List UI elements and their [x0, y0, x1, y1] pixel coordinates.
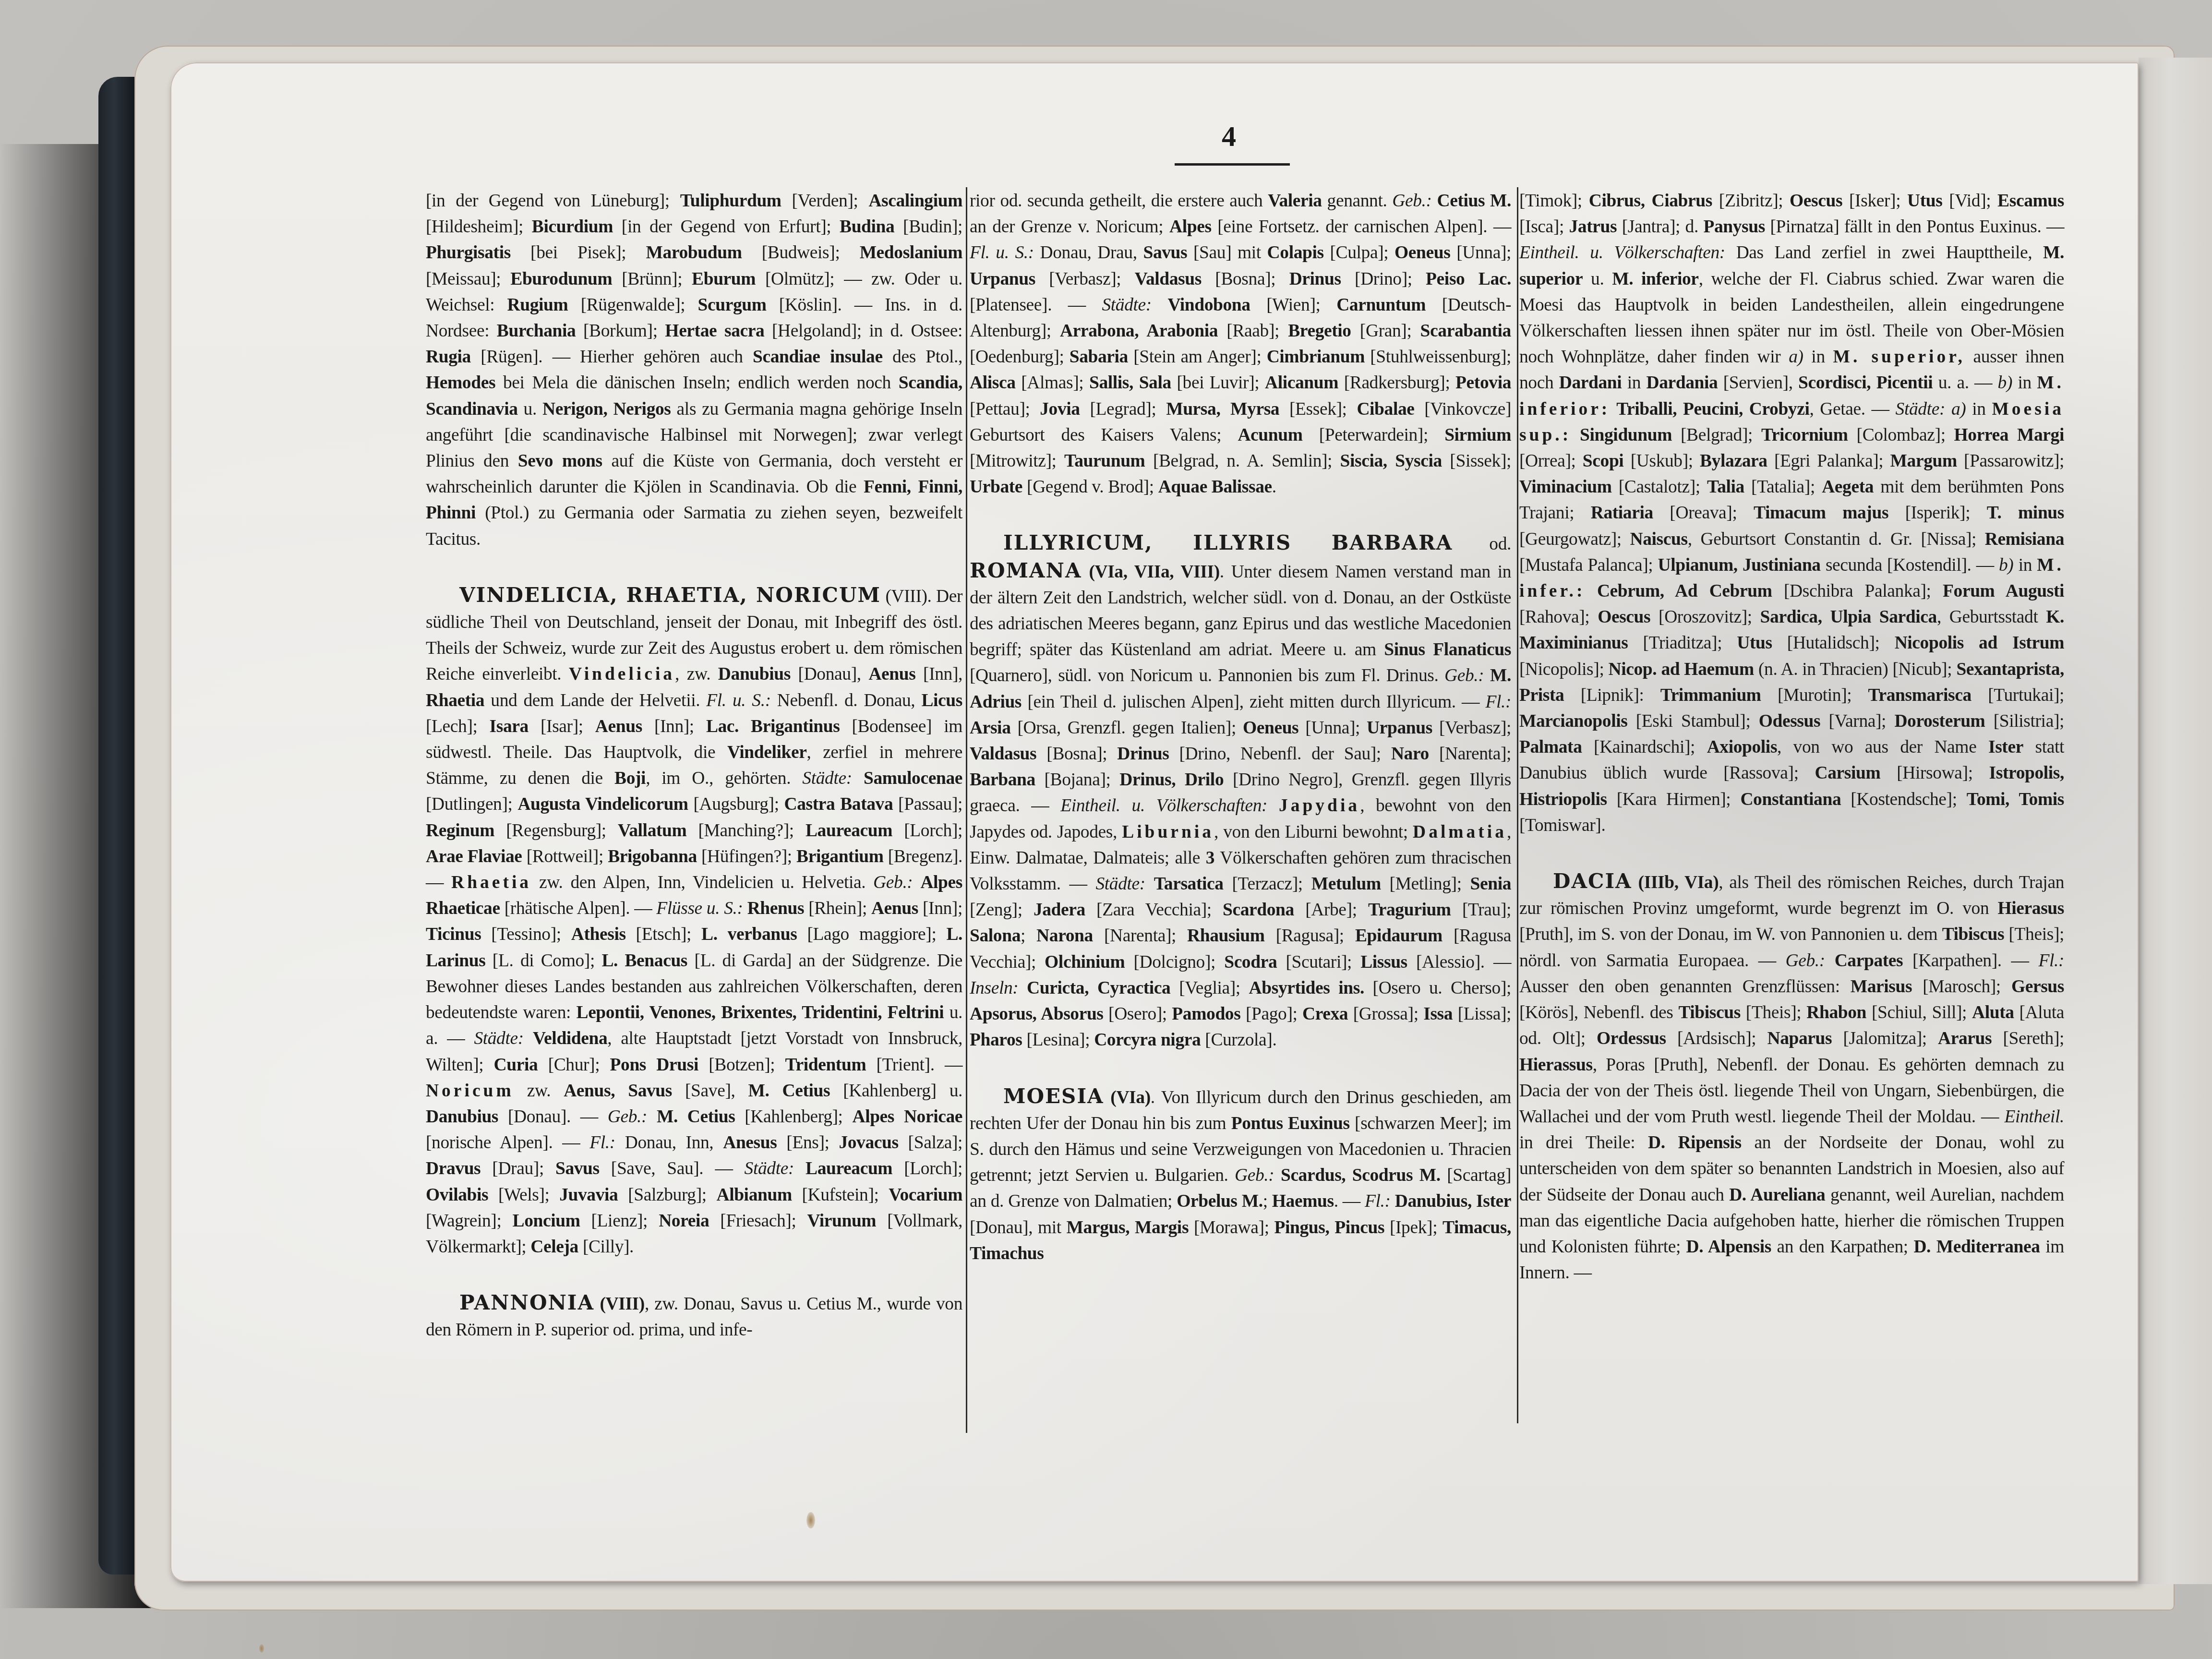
- place-name: Scandiae insulae: [753, 347, 883, 367]
- place-name: Sallis, Sala: [1089, 373, 1171, 393]
- place-name: Ister: [1988, 737, 2023, 757]
- text-run: [Sau] mit: [1187, 243, 1267, 263]
- place-name: Absyrtides ins.: [1249, 978, 1364, 998]
- text-run: [1825, 951, 1835, 971]
- text-run: [Mustafa Palanca];: [1519, 555, 1658, 575]
- text-run: [eine Fortsetz. der carnischen Alpen]. —: [1212, 217, 1511, 237]
- place-name: (VIa): [1104, 1088, 1151, 1107]
- place-name: Danubius, Ister: [1395, 1191, 1511, 1211]
- text-run: Nebenfl. d. Donau,: [771, 691, 922, 710]
- section-heading: PANNONIA: [459, 1291, 594, 1314]
- place-name: Utus: [1907, 191, 1942, 211]
- paper-stain: [806, 1512, 815, 1528]
- text-run: [Essek];: [1279, 399, 1357, 419]
- text-run: ;: [1263, 1191, 1272, 1211]
- place-name: Vocarium: [889, 1185, 962, 1205]
- place-name: Cibalae: [1357, 399, 1414, 419]
- place-name: Pontus Euxinus: [1231, 1114, 1350, 1133]
- place-name: Sinus Flanaticus: [1384, 640, 1511, 660]
- text-run: [Drino];: [1341, 269, 1426, 289]
- place-name: Scardus, Scodrus M.: [1281, 1166, 1441, 1185]
- text-run: .: [1272, 477, 1276, 497]
- text-run: [Veglia];: [1170, 978, 1249, 998]
- text-run: [Brünn];: [612, 269, 692, 289]
- place-name: Ovilabis: [426, 1185, 488, 1205]
- text-run: u. a. —: [1933, 373, 1997, 393]
- place-name: Juvavia: [559, 1185, 618, 1205]
- text-run: [Varna];: [1820, 711, 1894, 731]
- text-run: [Hildesheim];: [426, 217, 532, 237]
- place-name: D. Aureliana: [1729, 1185, 1825, 1205]
- text-run: [Sissek];: [1442, 451, 1511, 471]
- text-run: [Tessino];: [481, 925, 571, 944]
- place-name: Scardona: [1223, 900, 1294, 920]
- text-run: Ausser den oben genannten Grenzflüssen:: [1519, 977, 1851, 997]
- place-name: Licus: [921, 691, 962, 710]
- text-run: , zw.: [675, 664, 718, 684]
- place-name: Scopi: [1583, 451, 1624, 471]
- place-name: Dravus: [426, 1159, 481, 1178]
- place-name: Aluta: [1972, 1003, 2014, 1022]
- text-run: [Lago maggiore];: [797, 925, 946, 944]
- text-run: in: [2013, 555, 2037, 575]
- place-name: Gersus: [2011, 977, 2064, 997]
- place-name: Timacum majus: [1754, 503, 1888, 523]
- place-name: Bicurdium: [532, 217, 613, 237]
- place-name: (IIIb, VIa): [1632, 873, 1719, 892]
- text-run: [Donau]. —: [498, 1107, 608, 1127]
- text-run: [Drau];: [481, 1159, 555, 1178]
- text-run: [Etsch];: [626, 925, 701, 944]
- place-name: Pingus, Pincus: [1274, 1218, 1384, 1238]
- place-name: Tuliphurdum: [680, 191, 781, 211]
- place-name: Budina: [840, 217, 894, 237]
- text-run: [Culpa];: [1324, 243, 1395, 263]
- text-run: [Pago];: [1240, 1004, 1302, 1024]
- text-run: [Pettau];: [970, 399, 1040, 419]
- text-run: [L. di Como];: [485, 951, 601, 971]
- place-name: Tragurium: [1368, 900, 1451, 920]
- text-run: [Unna];: [1450, 243, 1511, 263]
- text-run: [Dolcigno];: [1125, 952, 1224, 972]
- place-name: Orbelus M.: [1177, 1191, 1263, 1211]
- text-run: [Peterwardein];: [1303, 425, 1445, 445]
- text-run: [Lissa];: [1453, 1004, 1511, 1024]
- text-run: (n. A. in Thracien) [Nicub];: [1754, 660, 1957, 679]
- text-run: [Zeng];: [970, 900, 1034, 920]
- text-run: [Stein am Anger];: [1128, 347, 1267, 367]
- place-name: Ascalingium: [868, 191, 962, 211]
- text-run: [in der Gegend von Erfurt];: [613, 217, 840, 237]
- text-run: [Almas];: [1016, 373, 1089, 393]
- region-name: Noricum: [426, 1081, 514, 1101]
- place-name: Tridentum: [785, 1055, 866, 1075]
- place-name: Tibiscus: [1942, 925, 2005, 944]
- place-name: Peiso Lac.: [1426, 269, 1511, 289]
- text-run: des Ptol.,: [883, 347, 962, 367]
- place-name: Aquae Balissae: [1158, 477, 1272, 497]
- place-name: Margus, Margis: [1067, 1218, 1189, 1238]
- place-name: Forum Augusti: [1943, 581, 2064, 601]
- column-divider: [1517, 187, 1518, 1423]
- text-run: [913, 873, 920, 892]
- text-run: [1274, 1166, 1281, 1185]
- place-name: Oescus: [1598, 607, 1650, 627]
- place-name: Scordisci, Picentii: [1798, 373, 1933, 393]
- category-label: Fl.:: [1365, 1191, 1391, 1211]
- text-run: [Borkum];: [576, 321, 665, 341]
- text-run: [Silistria];: [1985, 711, 2064, 731]
- text-run: [Marosch];: [1912, 977, 2011, 997]
- text-run: [Isperik];: [1888, 503, 1987, 523]
- place-name: (VIII): [594, 1294, 645, 1314]
- place-name: Valdasus: [970, 744, 1036, 764]
- place-name: Issa: [1423, 1004, 1453, 1024]
- category-label: Städte:: [1102, 295, 1151, 315]
- place-name: Laureacum: [805, 1159, 892, 1178]
- text-run: [Chur];: [538, 1055, 610, 1075]
- place-name: Hertae sacra: [665, 321, 764, 341]
- place-name: Axiopolis: [1707, 737, 1777, 757]
- category-label: Geb.:: [1786, 951, 1825, 971]
- text-run: [Cilly].: [578, 1237, 634, 1257]
- text-run: [Nicopolis];: [1519, 660, 1609, 679]
- text-run: [Platensee]. —: [970, 295, 1102, 315]
- place-name: Olchinium: [1045, 952, 1125, 972]
- text-run: [Lesina];: [1022, 1030, 1094, 1050]
- category-label: a): [1789, 347, 1803, 367]
- category-label: Städte:: [745, 1159, 794, 1178]
- place-name: Curia: [494, 1055, 538, 1075]
- text-run: [Oreava];: [1653, 503, 1754, 523]
- text-run: [Manching?];: [686, 821, 805, 841]
- place-name: Alpes: [1169, 217, 1212, 237]
- text-run: u.: [518, 399, 543, 419]
- place-name: Danubius: [718, 664, 791, 684]
- place-name: Urpanus: [1367, 718, 1432, 738]
- place-name: Sabaria: [1070, 347, 1128, 367]
- text-run: [Dschibra Palanka];: [1772, 581, 1943, 601]
- text-run: [in der Gegend von Lüneburg];: [426, 191, 680, 211]
- place-name: Rhaetia: [426, 691, 484, 710]
- text-run: [Botzen];: [698, 1055, 785, 1075]
- place-name: Savus: [1143, 243, 1187, 263]
- text-run: [Theis];: [1741, 1003, 1806, 1022]
- text-run: [Bojana];: [1035, 770, 1119, 790]
- category-label: Eintheil. u. Völkerschaften:: [1519, 243, 1725, 263]
- text-run: [Budin];: [894, 217, 962, 237]
- text-run: [Helgoland]; in d. Ostsee:: [764, 321, 962, 341]
- text-run: [Grossa];: [1348, 1004, 1423, 1024]
- place-name: Dardani: [1559, 373, 1622, 393]
- place-name: Talia: [1707, 477, 1744, 497]
- place-name: Vallatum: [618, 821, 686, 841]
- place-name: Aenus, Savus: [564, 1081, 672, 1101]
- text-run: [Vid];: [1942, 191, 1997, 211]
- text-run: [1018, 978, 1027, 998]
- text-run: in drei Theile:: [1519, 1133, 1648, 1153]
- region-name: Vindelicia: [569, 664, 675, 684]
- place-name: Sardica, Ulpia Sardica: [1760, 607, 1937, 627]
- place-name: Haemus: [1272, 1191, 1334, 1211]
- place-name: D. Ripensis: [1648, 1133, 1742, 1153]
- text-run: [Donau], mit: [970, 1218, 1067, 1238]
- text-run: [Kufstein];: [792, 1185, 889, 1205]
- region-name: Dalmatia: [1413, 822, 1507, 842]
- category-label: Städte:: [1896, 399, 1945, 419]
- place-name: Valdasus: [1135, 269, 1202, 289]
- text-run: [Isca];: [1519, 217, 1569, 237]
- text-run: in: [1966, 399, 1992, 419]
- place-name: Celeja: [530, 1237, 578, 1257]
- text-run: [Kahlenberg] u.: [830, 1081, 962, 1101]
- text-run: [1152, 295, 1168, 315]
- text-run: [Orrea];: [1519, 451, 1583, 471]
- text-run: in: [2012, 373, 2037, 393]
- text-run: [Jantra]; d.: [1617, 217, 1703, 237]
- place-name: Sevo mons: [518, 451, 602, 471]
- text-run: [bei Pisek];: [511, 243, 646, 263]
- place-name: Curicta, Cyractica: [1027, 978, 1170, 998]
- place-name: Transmarisca: [1868, 685, 1972, 705]
- text-run: [Metling];: [1381, 874, 1470, 894]
- text-run: [Pruth], im S. von der Donau, im W. von …: [1519, 925, 1942, 944]
- text-run: , von wo aus der Name: [1777, 737, 1988, 757]
- text-run: , von den Liburni bewohnt;: [1214, 822, 1413, 842]
- text-run: [Oedenburg];: [970, 347, 1070, 367]
- place-name: Urpanus: [970, 269, 1035, 289]
- text-run: [Hirsowa];: [1880, 763, 1989, 783]
- place-name: Senia: [1470, 874, 1511, 894]
- category-label: Städte:: [474, 1029, 523, 1048]
- place-name: Narona: [1036, 926, 1093, 946]
- text-run: [Verbasz];: [1432, 718, 1511, 738]
- section-heading: DACIA: [1553, 869, 1632, 893]
- text-run: [bei Luvir];: [1171, 373, 1265, 393]
- place-name: Laureacum: [805, 821, 892, 841]
- section-heading: VINDELICIA, RHAETIA, NORICUM: [459, 583, 881, 607]
- text-run: an den Karpathen;: [1771, 1237, 1913, 1257]
- place-name: Nicopolis ad Istrum: [1895, 633, 2064, 653]
- text-run: [Sereth];: [1992, 1029, 2064, 1048]
- text-run: [Schiul, Sill];: [1866, 1003, 1972, 1022]
- text-run: [Gegend v. Brod];: [1022, 477, 1158, 497]
- place-name: Cetius M.: [1437, 191, 1511, 211]
- place-name: Hemodes: [426, 373, 495, 393]
- category-label: Fl. u. S.:: [706, 691, 770, 710]
- text-run: [Terzacz];: [1224, 874, 1311, 894]
- text-run: [norische Alpen]. —: [426, 1133, 589, 1153]
- category-label: b): [1999, 555, 2013, 575]
- text-run: [Drino, Nebenfl. der Sau];: [1169, 744, 1391, 764]
- continued-paragraph: rior od. secunda getheilt, die erstere a…: [970, 188, 1511, 500]
- place-name: Rhausium: [1187, 926, 1264, 946]
- place-name: Bylazara: [1700, 451, 1767, 471]
- place-name: Siscia, Syscia: [1340, 451, 1442, 471]
- text-run: , Getae. —: [1809, 399, 1895, 419]
- text-run: [Kara Hirmen];: [1607, 790, 1741, 809]
- place-name: Pons Drusi: [610, 1055, 698, 1075]
- place-name: 3: [1206, 848, 1214, 868]
- place-name: Arae Flaviae: [426, 847, 522, 866]
- place-name: Samulocenae: [864, 769, 962, 788]
- text-run: [Pirnatza] fällt in den Pontus Euxinus. …: [1765, 217, 2064, 237]
- text-run: od.: [1453, 534, 1511, 554]
- place-name: D. Mediterranea: [1913, 1237, 2040, 1257]
- place-name: Trimmanium: [1660, 685, 1761, 705]
- place-name: Naparus: [1767, 1029, 1832, 1048]
- text-run: u.: [1583, 269, 1612, 289]
- text-run: [Castalotz];: [1612, 477, 1707, 497]
- text-run: [Mitrowitz];: [970, 451, 1064, 471]
- text-run: [Salzburg];: [618, 1185, 716, 1205]
- place-name: Albianum: [716, 1185, 792, 1205]
- place-name: Escamus: [1997, 191, 2064, 211]
- text-run: [Dutlingen];: [426, 794, 517, 814]
- text-run: [Legrad];: [1080, 399, 1166, 419]
- text-run: [Turtukai];: [1972, 685, 2064, 705]
- place-name: Noreia: [659, 1211, 709, 1231]
- place-name: Phurgisatis: [426, 243, 511, 263]
- text-run: [Hüfingen?];: [697, 847, 796, 866]
- text-run: [Inn],: [915, 664, 962, 684]
- column-divider: [966, 187, 967, 1433]
- text-run: [Karpathen]. —: [1903, 951, 2038, 971]
- text-run: [Rhein];: [804, 899, 871, 918]
- text-run: [Lorch];: [892, 1159, 962, 1178]
- category-label: Geb.:: [873, 873, 913, 892]
- text-run: , Geburtsstadt: [1937, 607, 2046, 627]
- region-name: M. superior,: [1833, 347, 1965, 367]
- section-heading: ILLYRICUM, ILLYRIS BARBARA: [1003, 531, 1453, 554]
- place-name: Salona: [970, 926, 1021, 946]
- region-name: Rhaetia: [451, 873, 531, 892]
- place-name: Scodra: [1224, 952, 1277, 972]
- text-run: [Bosna];: [1202, 269, 1289, 289]
- text-run: [Isar];: [529, 717, 595, 736]
- place-name: Marcianopolis: [1519, 711, 1627, 731]
- place-name: Alpes Noricae: [852, 1107, 962, 1127]
- text-run: [Eski Stambul];: [1627, 711, 1758, 731]
- text-run: [Servien],: [1718, 373, 1798, 393]
- text-run: , im O., gehörten.: [646, 769, 802, 788]
- place-name: T. minus: [1987, 503, 2064, 523]
- place-name: Ulpianum, Justiniana: [1658, 555, 1821, 575]
- text-run: [Rügenwalde];: [568, 295, 697, 315]
- text-run: [Trient]. —: [866, 1055, 962, 1075]
- section-paragraph: MOESIA (VIa). Von Illyricum durch den Dr…: [970, 1083, 1511, 1267]
- text-run: [Arbe];: [1294, 900, 1368, 920]
- text-run: [1432, 191, 1437, 211]
- text-run: Das Land zerfiel in zwei Haupttheile,: [1725, 243, 2043, 263]
- text-run: [Inn];: [642, 717, 706, 736]
- place-name: Carsium: [1815, 763, 1881, 783]
- place-name: Eburum: [692, 269, 756, 289]
- place-name: Acunum: [1238, 425, 1302, 445]
- text-run: [Rügen]. — Hierher gehören auch: [471, 347, 753, 367]
- text-run: [Uskub];: [1623, 451, 1700, 471]
- category-label: Städte:: [802, 769, 852, 788]
- place-name: Palmata: [1519, 737, 1582, 757]
- text-column-right: [Timok]; Cibrus, Ciabrus [Zibritz]; Oesc…: [1519, 188, 2064, 1286]
- place-name: Barbana: [970, 770, 1035, 790]
- place-name: Rugium: [507, 295, 568, 315]
- place-name: Cibrus, Ciabrus: [1589, 191, 1712, 211]
- place-name: Aenus: [595, 717, 642, 736]
- place-name: Drinus: [1289, 269, 1341, 289]
- place-name: Vindobona: [1167, 295, 1250, 315]
- place-name: Margum: [1890, 451, 1957, 471]
- place-name: (VIa, VIIa, VIII): [1082, 562, 1220, 582]
- category-label: Fl.:: [1485, 692, 1511, 712]
- place-name: M. Cetius: [657, 1107, 735, 1127]
- text-run: [Ardsisch];: [1666, 1029, 1767, 1048]
- category-label: Geb.:: [1392, 191, 1431, 211]
- place-name: Taurunum: [1064, 451, 1145, 471]
- section-heading: ROMANA: [970, 559, 1082, 582]
- text-run: [Regensburg];: [494, 821, 618, 841]
- text-run: [Belgrad];: [1672, 425, 1761, 445]
- place-name: Loncium: [513, 1211, 580, 1231]
- place-name: Apsorus, Absorus: [970, 1004, 1104, 1024]
- header-rule: [1175, 163, 1290, 166]
- text-run: [1585, 581, 1597, 601]
- text-run: [Curzola].: [1201, 1030, 1276, 1050]
- place-name: Tricornium: [1761, 425, 1848, 445]
- text-run: [Osero u. Cherso];: [1364, 978, 1511, 998]
- text-run: [Zibritz];: [1712, 191, 1790, 211]
- section-paragraph: DACIA (IIIb, VIa), als Theil des römisch…: [1519, 868, 2064, 1286]
- text-run: [647, 1107, 657, 1127]
- place-name: Lepontii, Venones, Brixentes, Tridentini…: [577, 1003, 944, 1022]
- text-run: [Kainardschi];: [1582, 737, 1707, 757]
- category-label: Geb.:: [608, 1107, 647, 1127]
- place-name: Tarsatica: [1154, 874, 1224, 894]
- place-name: Pharos: [970, 1030, 1022, 1050]
- place-name: Burchania: [497, 321, 576, 341]
- place-name: Lac. Brigantinus: [706, 717, 840, 736]
- place-name: Sirmium: [1444, 425, 1511, 445]
- text-run: [Hutalidsch];: [1772, 633, 1895, 653]
- text-run: [Triaditza];: [1628, 633, 1737, 653]
- section-paragraph: ILLYRICUM, ILLYRIS BARBARA od. ROMANA (V…: [970, 530, 1511, 1053]
- place-name: Ordessus: [1597, 1029, 1666, 1048]
- place-name: Colapis: [1267, 243, 1324, 263]
- place-name: Carnuntum: [1336, 295, 1426, 315]
- text-run: [Raab];: [1218, 321, 1288, 341]
- place-name: Isara: [490, 717, 529, 736]
- section-heading: MOESIA: [1003, 1084, 1104, 1108]
- text-run: [Gran];: [1351, 321, 1420, 341]
- place-name: Mursa, Myrsa: [1166, 399, 1279, 419]
- place-name: Drinus, Drilo: [1119, 770, 1224, 790]
- text-run: ;: [1021, 926, 1036, 946]
- place-name: Ticinus: [426, 925, 481, 944]
- text-run: bei Mela die dänischen Inseln; endlich w…: [495, 373, 899, 393]
- text-run: [Unna];: [1298, 718, 1367, 738]
- text-run: [Bosna];: [1036, 744, 1117, 764]
- place-name: Athesis: [571, 925, 626, 944]
- place-name: Drinus: [1117, 744, 1169, 764]
- text-run: [Passarowitz];: [1957, 451, 2064, 471]
- text-run: [Rottweil];: [522, 847, 608, 866]
- place-name: Scurgum: [698, 295, 767, 315]
- text-run: [Ens];: [777, 1133, 839, 1153]
- place-name: Remisiana: [1985, 529, 2064, 549]
- text-run: [Morawa];: [1189, 1218, 1274, 1238]
- place-name: Rhabon: [1806, 1003, 1866, 1022]
- text-run: [Trau];: [1451, 900, 1511, 920]
